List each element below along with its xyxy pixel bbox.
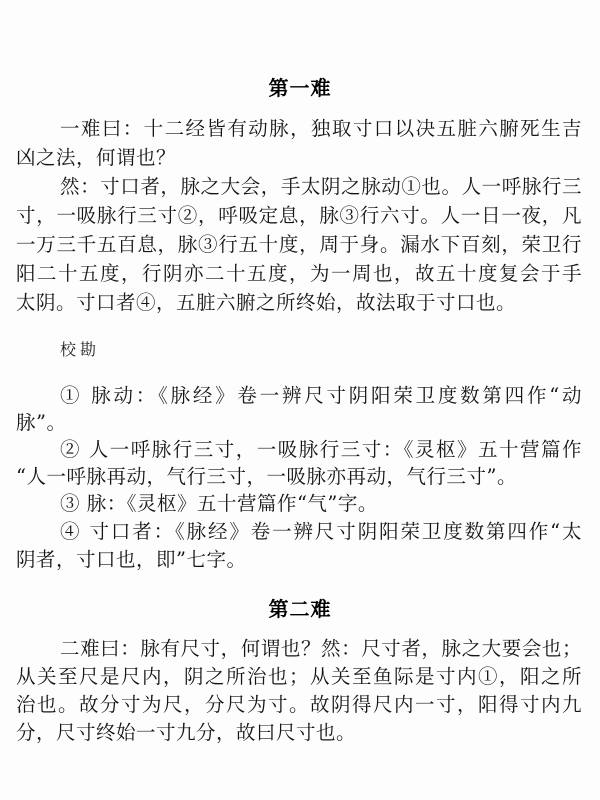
book-page: 第一难 一难曰：十二经皆有动脉，独取寸口以决五脏六腑死生吉 凶之法，何谓也？ 然… <box>0 0 600 800</box>
ch2-p1-line-1: 二难曰：脉有尺寸，何谓也？然：尺寸者，脉之大要会也； <box>60 637 582 661</box>
ch2-p1-line-2: 从关至尺是尺内，阴之所治也；从关至鱼际是寸内①，阳之所 <box>16 665 582 689</box>
note-3-line-1: ③ 脉：《灵枢》五十营篇作“气”字。 <box>60 492 582 516</box>
chapter-1-title: 第一难 <box>0 72 600 101</box>
note-1-line-2: 脉”。 <box>16 411 582 435</box>
ch2-p1-line-3: 治也。故分寸为尺，分尺为寸。故阴得尺内一寸，阳得寸内九 <box>16 693 582 717</box>
note-2-line-1: ② 人一呼脉行三寸，一吸脉行三寸：《灵枢》五十营篇作 <box>60 438 582 462</box>
ch1-p2-line-2: 寸，一吸脉行三寸②，呼吸定息，脉③行六寸。人一日一夜，凡 <box>16 204 582 228</box>
note-4-line-2: 阴者，寸口也，即”七字。 <box>16 548 582 572</box>
collation-heading: 校勘 <box>60 340 100 360</box>
note-1-line-1: ① 脉动：《脉经》卷一辨尺寸阴阳荣卫度数第四作“动 <box>60 384 582 408</box>
ch1-p2-line-5: 太阴。寸口者④，五脏六腑之所终始，故法取于寸口也。 <box>16 291 582 315</box>
ch1-p1-line-1: 一难曰：十二经皆有动脉，独取寸口以决五脏六腑死生吉 <box>60 117 582 141</box>
ch1-p2-line-1: 然：寸口者，脉之大会，手太阴之脉动①也。人一呼脉行三 <box>60 175 582 199</box>
note-4-line-1: ④ 寸口者：《脉经》卷一辨尺寸阴阳荣卫度数第四作“太 <box>60 520 582 544</box>
chapter-2-title: 第二难 <box>0 593 600 622</box>
ch1-p2-line-3: 一万三千五百息，脉③行五十度，周于身。漏水下百刻，荣卫行 <box>16 233 582 257</box>
ch1-p1-line-2: 凶之法，何谓也？ <box>16 146 582 170</box>
note-2-line-2: “人一呼脉再动，气行三寸，一吸脉亦再动，气行三寸”。 <box>16 465 582 489</box>
ch1-p2-line-4: 阳二十五度，行阴亦二十五度，为一周也，故五十度复会于手 <box>16 262 582 286</box>
ch2-p1-line-4: 分，尺寸终始一寸九分，故曰尺寸也。 <box>16 721 582 745</box>
